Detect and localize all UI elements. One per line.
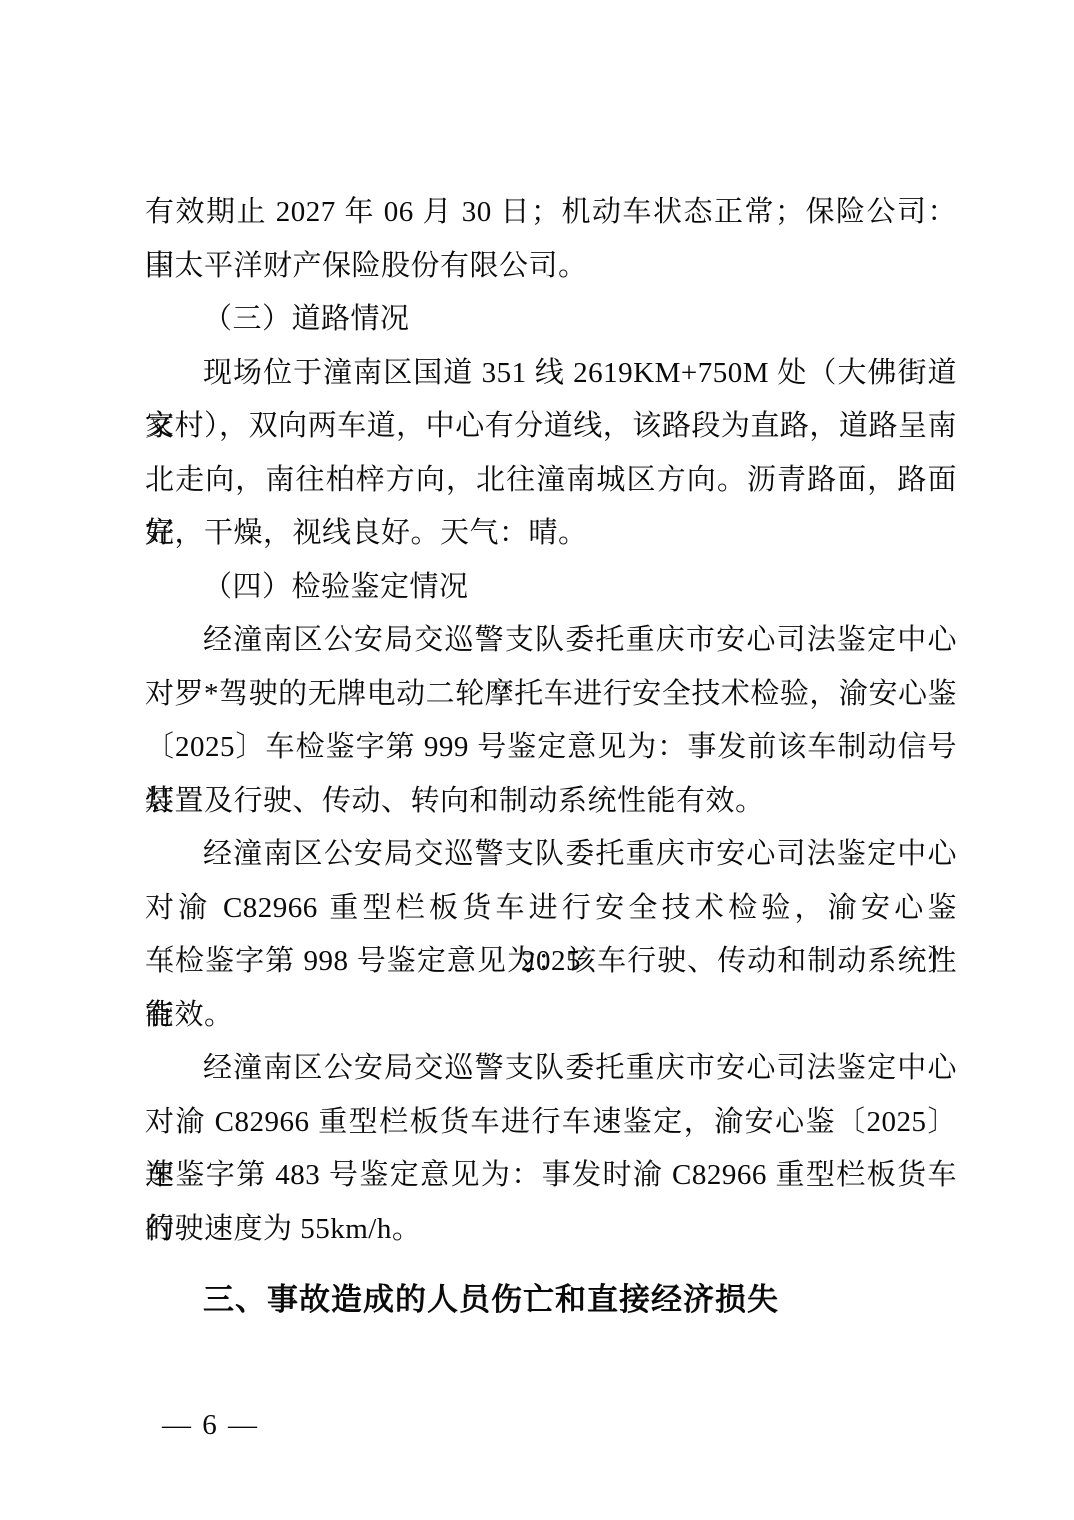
text-line: 有效。 (145, 989, 957, 1043)
text-line: 装置及行驶、传动、转向和制动系统性能有效。 (145, 775, 957, 829)
text-line: 行驶速度为 55km/h。 (145, 1203, 957, 1257)
page-number: — 6 — (162, 1405, 259, 1445)
subsection-heading-inspection-appraisal: （四）检验鉴定情况 (145, 561, 957, 615)
text-line: 对渝 C82966 重型栏板货车进行车速鉴定，渝安心鉴〔2025〕车 (145, 1096, 957, 1150)
text-line: 好，干燥，视线良好。天气：晴。 (145, 507, 957, 561)
text-line: 对罗*驾驶的无牌电动二轮摩托车进行安全技术检验，渝安心鉴 (145, 668, 957, 722)
section-heading-casualties-and-losses: 三、事故造成的人员伤亡和直接经济损失 (145, 1273, 957, 1327)
subsection-heading-road-conditions: （三）道路情况 (145, 293, 957, 347)
text-line: 〔2025〕车检鉴字第 999 号鉴定意见为：事发前该车制动信号灯 (145, 721, 957, 775)
text-line: 对渝 C82966 重型栏板货车进行安全技术检验，渝安心鉴〔2025〕 (145, 882, 957, 936)
text-line: 现场位于潼南区国道 351 线 2619KM+750M 处（大佛街道文 (145, 347, 957, 401)
text-line: 经潼南区公安局交巡警支队委托重庆市安心司法鉴定中心 (145, 828, 957, 882)
text-line: 家村），双向两车道，中心有分道线，该路段为直路，道路呈南 (145, 400, 957, 454)
text-line: 速鉴字第 483 号鉴定意见为：事发时渝 C82966 重型栏板货车的 (145, 1149, 957, 1203)
text-line: 经潼南区公安局交巡警支队委托重庆市安心司法鉴定中心 (145, 1042, 957, 1096)
text-line: 车检鉴字第 998 号鉴定意见为：该车行驶、传动和制动系统性能 (145, 935, 957, 989)
text-line: 经潼南区公安局交巡警支队委托重庆市安心司法鉴定中心 (145, 614, 957, 668)
text-line: 有效期止 2027 年 06 月 30 日；机动车状态正常；保险公司：中 (145, 186, 957, 240)
text-line: 北走向，南往柏梓方向，北往潼南城区方向。沥青路面，路面完 (145, 454, 957, 508)
text-line: 国太平洋财产保险股份有限公司。 (145, 240, 957, 294)
document-body: 有效期止 2027 年 06 月 30 日；机动车状态正常；保险公司：中 国太平… (145, 186, 957, 1327)
document-page: 有效期止 2027 年 06 月 30 日；机动车状态正常；保险公司：中 国太平… (0, 0, 1074, 1520)
